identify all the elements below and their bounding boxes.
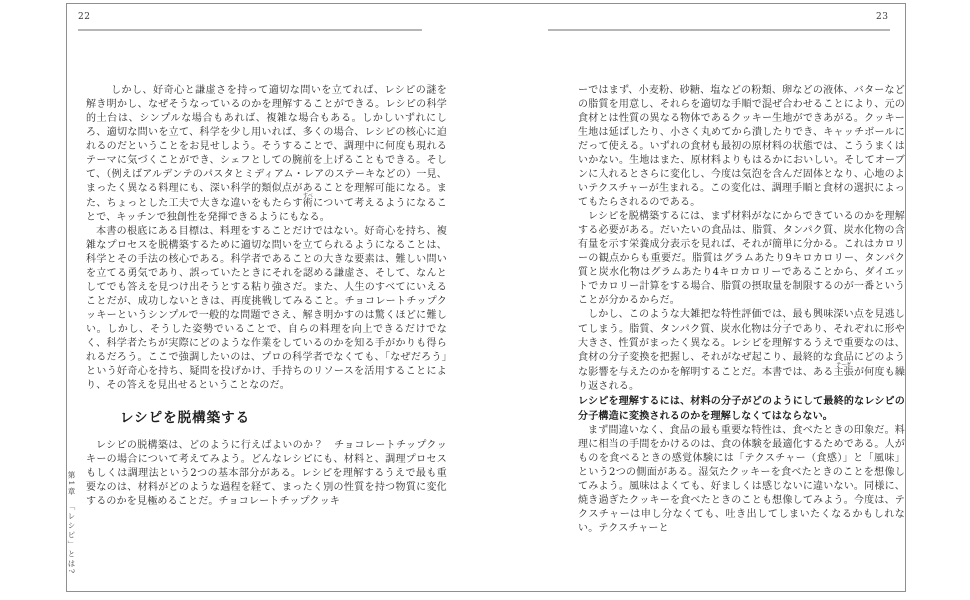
paragraph: 本書の根底にある目標は、料理をすることだけではない。好奇心を持ち、複雑なプロセス… <box>86 225 447 393</box>
paragraph: ーではまず、小麦粉、砂糖、塩などの粉類、卵などの液体、バターなどの脂質を用意し、… <box>578 84 905 210</box>
page-number-right: 23 <box>876 12 888 22</box>
thesis-paragraph: レシピを理解するには、材料の分子がどのようにして最終的なレシピの分子構造に変換さ… <box>578 394 905 424</box>
paragraph: レシピの脱構築は、どのように行えばよいのか？ チョコレートチップクッキーの場合に… <box>86 439 447 509</box>
paragraph: しかし、このような大雑把な特性評価では、最も興味深い点を見逃してしまう。脂質、タ… <box>578 308 905 394</box>
page-number-left: 22 <box>78 12 90 22</box>
header-rule-left <box>78 29 422 31</box>
left-page-text-column: しかし、好奇心と謙虚さを持って適切な問いを立てれば、レシピの謎を解き明かし、なぜ… <box>86 84 447 509</box>
paragraph: しかし、好奇心と謙虚さを持って適切な問いを立てれば、レシピの謎を解き明かし、なぜ… <box>86 84 447 225</box>
paragraph: レシピを脱構築するには、まず材料がなにからできているのかを理解する必要がある。だ… <box>578 210 905 308</box>
paragraph: まず間違いなく、食品の最も重要な特性は、食べたときの印象だ。料理に相当の手間をか… <box>578 424 905 536</box>
margin-chapter-label: 第1章 「レシピ」とは? <box>66 471 77 575</box>
right-page-text-column: ーではまず、小麦粉、砂糖、塩などの粉類、卵などの液体、バターなどの脂質を用意し、… <box>578 84 905 536</box>
header-rule-right <box>548 29 890 31</box>
section-heading: レシピを脱構築する <box>86 411 447 425</box>
